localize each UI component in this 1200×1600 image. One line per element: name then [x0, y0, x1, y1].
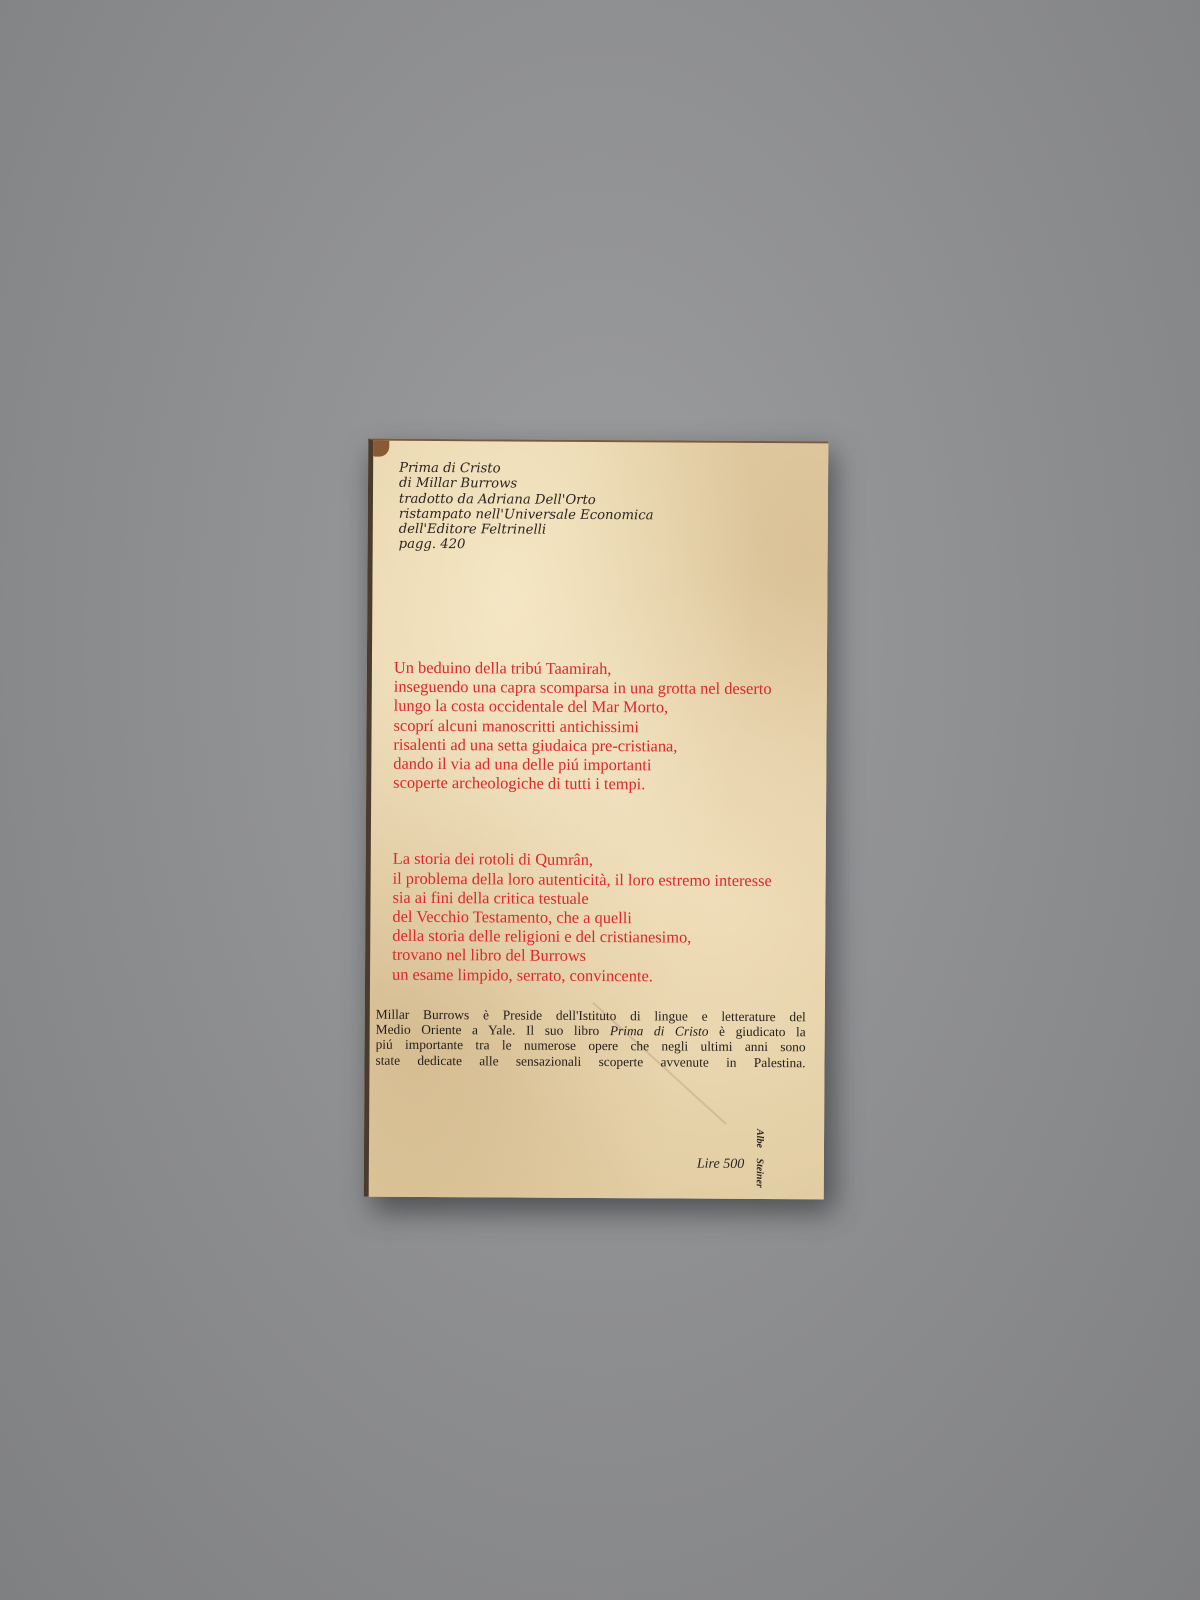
bio-text: Medio Oriente a Yale. Il suo libro: [376, 1022, 610, 1038]
blurb-line: un esame limpido, serrato, convincente.: [392, 964, 771, 986]
blurb-line: del Vecchio Testamento, che a quelli: [392, 907, 771, 929]
bio-text: è giudicato la: [708, 1024, 805, 1040]
bio-line: state dedicate alle sensazionali scopert…: [375, 1052, 805, 1070]
red-blurb: Un beduino della tribú Taamirah, insegue…: [392, 639, 773, 1005]
credit-pages: pagg. 420: [399, 537, 654, 554]
credit-publisher: dell'Editore Feltrinelli: [399, 522, 654, 539]
credit-series: ristampato nell'Universale Economica: [399, 507, 654, 524]
price-label: Lire 500: [697, 1157, 744, 1173]
blurb-line: trovano nel libro del Burrows: [392, 945, 771, 967]
blurb-line: La storia dei rotoli di Qumrân,: [393, 849, 772, 871]
blurb-line: Un beduino della tribú Taamirah,: [394, 658, 773, 680]
blurb-line: il problema della loro autenticità, il l…: [393, 868, 772, 890]
blurb-line: dando il via ad una delle piú importanti: [393, 754, 772, 776]
blurb-line: inseguendo una capra scomparsa in una gr…: [394, 677, 773, 699]
blurb-line: scoperte archeologiche di tutti i tempi.: [393, 773, 772, 795]
blurb-line: sia ai fini della critica testuale: [392, 888, 771, 910]
book-back-cover: Prima di Cristo di Millar Burrows tradot…: [364, 439, 829, 1200]
author-bio: Millar Burrows è Preside dell'Istituto d…: [375, 1007, 805, 1070]
blurb-paragraph-1: [394, 639, 773, 641]
credit-author: di Millar Burrows: [399, 476, 654, 493]
blurb-line: scoprí alcuni manoscritti antichissimi: [394, 715, 773, 737]
blurb-line: lungo la costa occidentale del Mar Morto…: [394, 696, 773, 718]
credit-translator: tradotto da Adriana Dell'Orto: [399, 491, 654, 508]
publication-credits: Prima di Cristo di Millar Burrows tradot…: [399, 461, 654, 554]
credit-title: Prima di Cristo: [399, 461, 654, 478]
blurb-line: della storia delle religioni e del crist…: [392, 926, 771, 948]
designer-credit: Albe Steiner: [754, 1129, 765, 1188]
blurb-line: risalenti ad una setta giudaica pre-cris…: [393, 735, 772, 757]
bio-book-title: Prima di Cristo: [610, 1023, 709, 1039]
corner-stain: [373, 441, 389, 457]
